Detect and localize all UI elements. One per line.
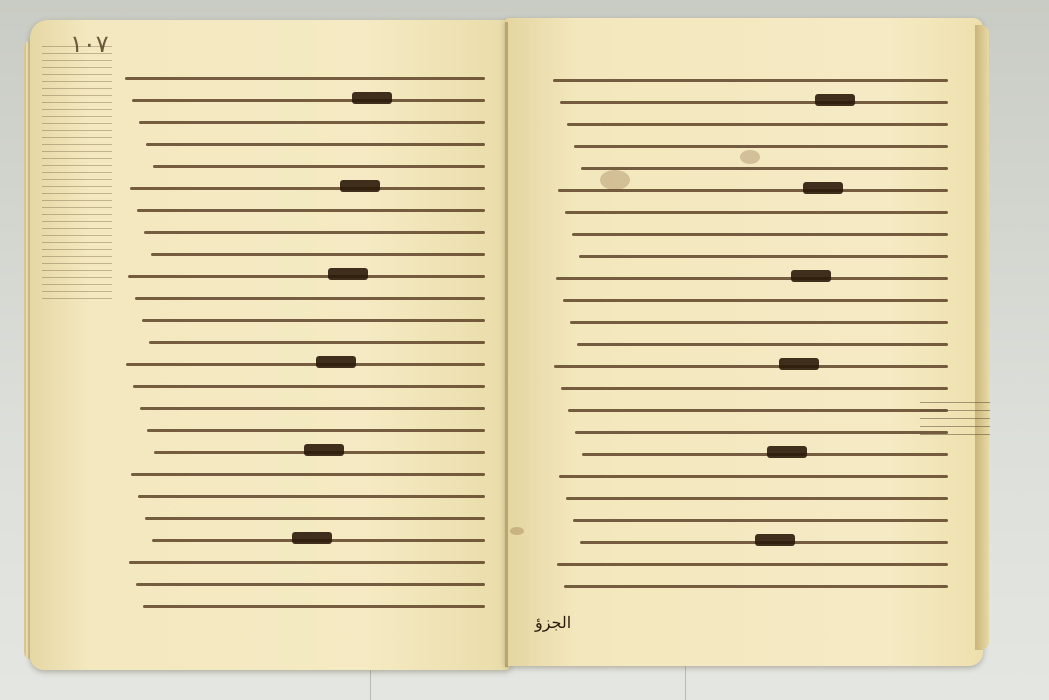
script-line [548,446,948,465]
script-line [120,488,485,507]
ink-stain [510,527,524,535]
script-line [548,402,948,421]
right-page-edge [975,25,989,650]
script-line [120,202,485,221]
script-line [120,246,485,265]
script-line [120,466,485,485]
script-line [548,314,948,333]
script-line [548,490,948,509]
left-text-block [120,70,485,620]
script-line [120,158,485,177]
script-line [120,268,485,287]
script-line [120,400,485,419]
marginal-notes [42,40,112,300]
script-line [120,70,485,89]
catchword: الجزؤ [535,613,571,632]
script-line [548,116,948,135]
book-spine [505,22,508,667]
script-line [120,312,485,331]
ink-stain [740,150,760,164]
script-line [120,576,485,595]
script-line [120,114,485,133]
script-line [120,554,485,573]
script-line [120,224,485,243]
side-note [920,395,990,440]
script-line [548,556,948,575]
script-line [548,226,948,245]
script-line [548,534,948,553]
script-line [548,248,948,267]
script-line [548,468,948,487]
script-line [548,72,948,91]
script-line [120,136,485,155]
script-line [548,336,948,355]
background-line [685,660,686,700]
ink-stain [600,170,630,190]
script-line [548,512,948,531]
script-line [120,378,485,397]
script-line [548,270,948,289]
script-line [548,578,948,597]
script-line [548,94,948,113]
script-line [548,424,948,443]
script-line [548,380,948,399]
script-line [120,92,485,111]
script-line [120,356,485,375]
script-line [120,532,485,551]
script-line [120,422,485,441]
script-line [548,292,948,311]
script-line [120,444,485,463]
script-line [548,204,948,223]
script-line [120,290,485,309]
script-line [120,510,485,529]
script-line [548,358,948,377]
script-line [120,180,485,199]
script-line [120,334,485,353]
script-line [120,598,485,617]
